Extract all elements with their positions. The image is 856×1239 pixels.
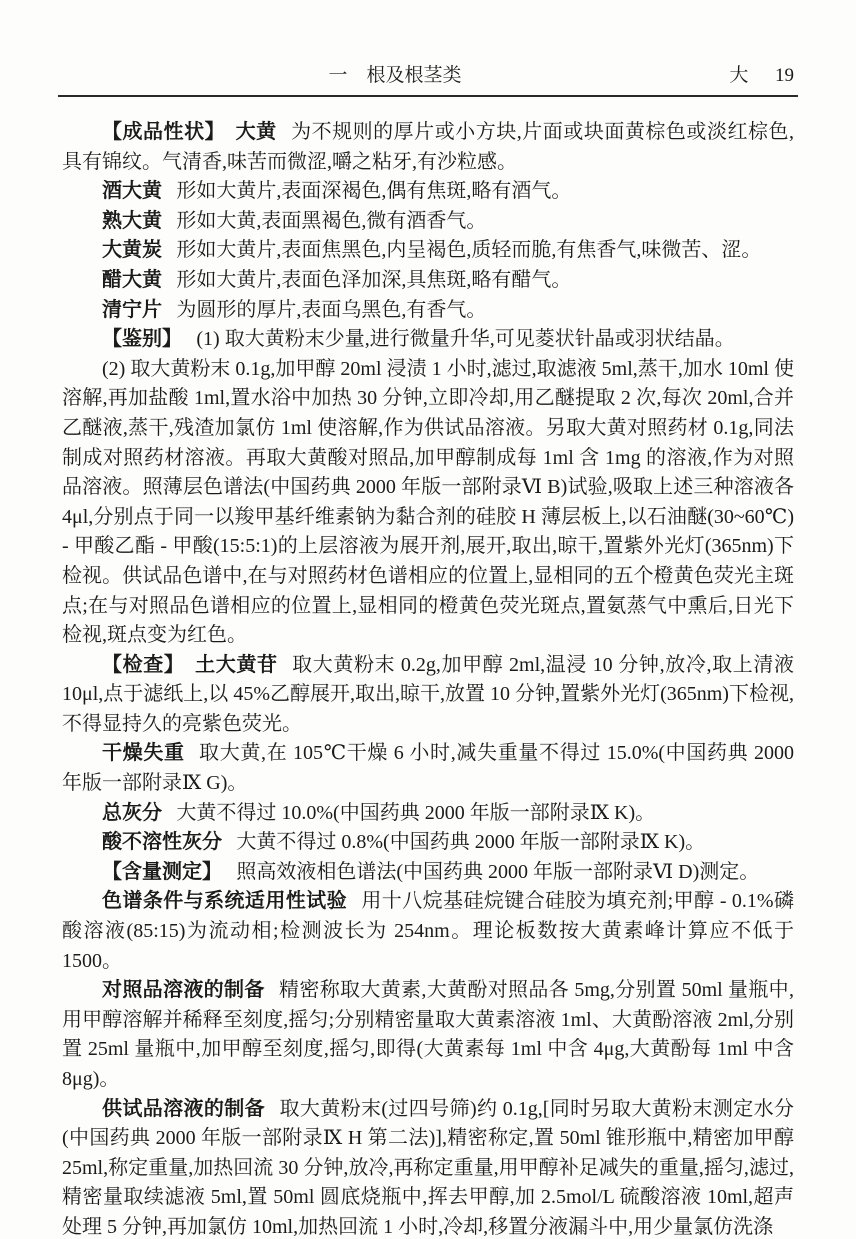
- paragraph: 【检查】 土大黄苷取大黄粉末 0.2g,加甲醇 2ml,温浸 10 分钟,放冷,…: [62, 651, 794, 740]
- paragraph: 【鉴别】(1) 取大黄粉末少量,进行微量升华,可见菱状针晶或羽状结晶。: [62, 325, 794, 355]
- paragraph-label: 熟大黄: [102, 210, 162, 232]
- paragraph: 【成品性状】 大黄为不规则的厚片或小方块,片面或块面黄棕色或淡红棕色,具有锦纹。…: [62, 118, 794, 177]
- paragraph-label: 酸不溶性灰分: [102, 831, 222, 853]
- paragraph-label: 清宁片: [102, 299, 162, 321]
- paragraph-label: 【检查】 土大黄苷: [102, 654, 278, 676]
- paragraph-text: (1) 取大黄粉末少量,进行微量升华,可见菱状针晶或羽状结晶。: [196, 328, 734, 350]
- paragraph: 干燥失重取大黄,在 105℃干燥 6 小时,减失重量不得过 15.0%(中国药典…: [62, 739, 794, 798]
- paragraph-label: 醋大黄: [102, 269, 162, 291]
- paragraph: 色谱条件与系统适用性试验用十八烷基硅烷键合硅胶为填充剂;甲醇 - 0.1%磷酸溶…: [62, 887, 794, 976]
- paragraph-label: 酒大黄: [102, 180, 162, 202]
- paragraph-text: 形如大黄片,表面色泽加深,具焦斑,略有醋气。: [176, 269, 571, 291]
- paragraph-text: 为圆形的厚片,表面乌黑色,有香气。: [176, 299, 486, 321]
- page-folio: 大19: [729, 62, 794, 90]
- paragraph: 酒大黄形如大黄片,表面深褐色,偶有焦斑,略有酒气。: [62, 177, 794, 207]
- body-text: 【成品性状】 大黄为不规则的厚片或小方块,片面或块面黄棕色或淡红棕色,具有锦纹。…: [62, 118, 794, 1239]
- paragraph: 酸不溶性灰分大黄不得过 0.8%(中国药典 2000 年版一部附录Ⅸ K)。: [62, 828, 794, 858]
- paragraph-label: 【鉴别】: [102, 328, 182, 350]
- paragraph-label: 大黄炭: [102, 239, 162, 261]
- page-group-label: 大: [729, 65, 748, 86]
- paragraph-text: 照高效液相色谱法(中国药典 2000 年版一部附录Ⅵ D)测定。: [236, 861, 759, 883]
- page-number: 19: [775, 65, 794, 86]
- paragraph: (2) 取大黄粉末 0.1g,加甲醇 20ml 浸渍 1 小时,滤过,取滤液 5…: [62, 355, 794, 651]
- paragraph-text: 形如大黄片,表面焦黑色,内呈褐色,质轻而脆,有焦香气,味微苦、涩。: [176, 239, 761, 261]
- running-head: 一根及根茎类 大19: [60, 62, 796, 90]
- header-rule: [58, 95, 798, 97]
- paragraph-label: 干燥失重: [102, 742, 185, 764]
- paragraph-label: 色谱条件与系统适用性试验: [102, 890, 347, 912]
- paragraph: 对照品溶液的制备精密称取大黄素,大黄酚对照品各 5mg,分别置 50ml 量瓶中…: [62, 976, 794, 1094]
- paragraph: 大黄炭形如大黄片,表面焦黑色,内呈褐色,质轻而脆,有焦香气,味微苦、涩。: [62, 236, 794, 266]
- paragraph-label: 供试品溶液的制备: [102, 1098, 265, 1120]
- paragraph-text: 大黄不得过 0.8%(中国药典 2000 年版一部附录Ⅸ K)。: [236, 831, 705, 853]
- paragraph-text: 形如大黄片,表面深褐色,偶有焦斑,略有酒气。: [176, 180, 571, 202]
- paragraph: 醋大黄形如大黄片,表面色泽加深,具焦斑,略有醋气。: [62, 266, 794, 296]
- book-page: 一根及根茎类 大19 【成品性状】 大黄为不规则的厚片或小方块,片面或块面黄棕色…: [0, 0, 856, 1239]
- paragraph-label: 对照品溶液的制备: [102, 979, 265, 1001]
- paragraph-label: 总灰分: [102, 802, 162, 824]
- paragraph: 供试品溶液的制备取大黄粉末(过四号筛)约 0.1g,[同时另取大黄粉末测定水分(…: [62, 1095, 794, 1239]
- paragraph-text: 大黄不得过 10.0%(中国药典 2000 年版一部附录Ⅸ K)。: [176, 802, 655, 824]
- section-title: 根及根茎类: [367, 65, 462, 86]
- paragraph: 清宁片为圆形的厚片,表面乌黑色,有香气。: [62, 296, 794, 326]
- section-number: 一: [328, 65, 347, 86]
- section-heading: 一根及根茎类: [60, 62, 730, 90]
- paragraph-text: 形如大黄,表面黑褐色,微有酒香气。: [176, 210, 486, 232]
- paragraph-label: 【成品性状】 大黄: [102, 121, 277, 143]
- paragraph-label: 【含量测定】: [102, 861, 222, 883]
- paragraph: 熟大黄形如大黄,表面黑褐色,微有酒香气。: [62, 207, 794, 237]
- paragraph: 总灰分大黄不得过 10.0%(中国药典 2000 年版一部附录Ⅸ K)。: [62, 799, 794, 829]
- paragraph: 【含量测定】照高效液相色谱法(中国药典 2000 年版一部附录Ⅵ D)测定。: [62, 858, 794, 888]
- paragraph-text: (2) 取大黄粉末 0.1g,加甲醇 20ml 浸渍 1 小时,滤过,取滤液 5…: [62, 358, 794, 646]
